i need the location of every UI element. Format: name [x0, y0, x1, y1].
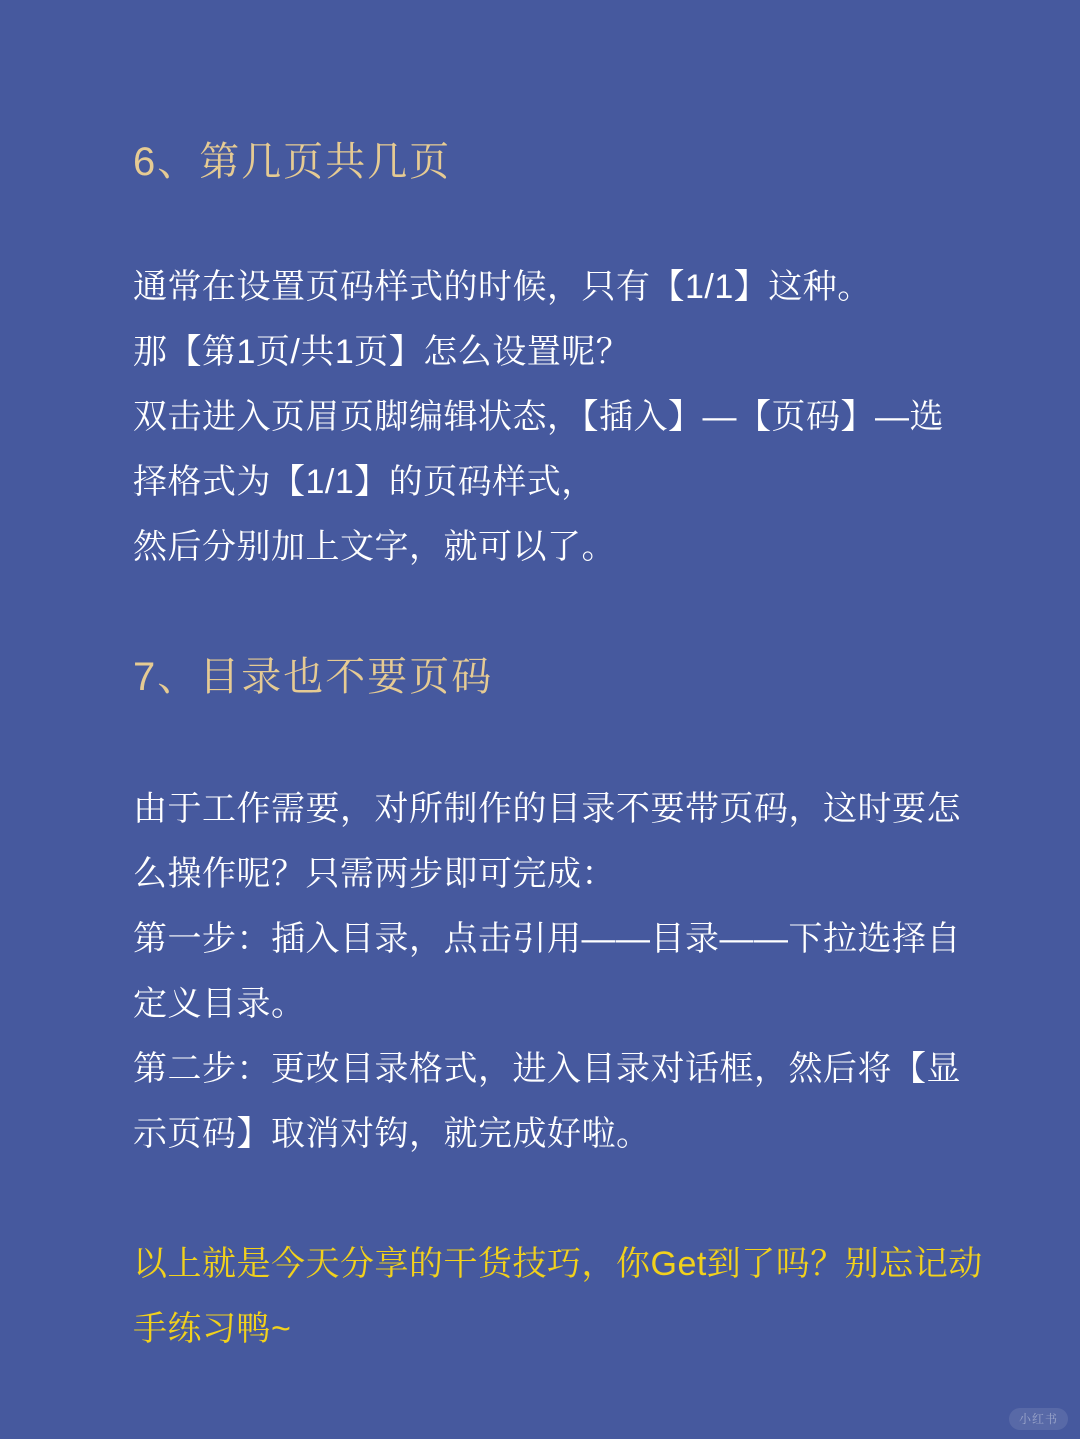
xiaohongshu-watermark: 小红书 — [1009, 1408, 1068, 1430]
text-line: 第一步：插入目录，点击引用——目录——下拉选择自 — [133, 907, 990, 972]
text-line: 手练习鸭~ — [133, 1297, 990, 1362]
section-page-x-of-y: 6、第几页共几页 通常在设置页码样式的时候，只有【1/1】这种。 那【第1页/共… — [133, 130, 990, 580]
section-6-heading: 6、第几页共几页 — [133, 130, 990, 195]
closing-note: 以上就是今天分享的干货技巧，你Get到了吗？别忘记动 手练习鸭~ — [133, 1232, 990, 1362]
content-card: 6、第几页共几页 通常在设置页码样式的时候，只有【1/1】这种。 那【第1页/共… — [0, 0, 1080, 1439]
text-line: 双击进入页眉页脚编辑状态，【插入】—【页码】—选 — [133, 385, 990, 450]
text-line: 第二步：更改目录格式，进入目录对话框，然后将【显 — [133, 1037, 990, 1102]
section-6-paragraph: 通常在设置页码样式的时候，只有【1/1】这种。 那【第1页/共1页】怎么设置呢？… — [133, 255, 990, 580]
section-toc-no-page-number: 7、目录也不要页码 由于工作需要，对所制作的目录不要带页码，这时要怎 么操作呢？… — [133, 645, 990, 1167]
section-7-paragraph: 由于工作需要，对所制作的目录不要带页码，这时要怎 么操作呢？只需两步即可完成： … — [133, 777, 990, 1167]
text-line: 以上就是今天分享的干货技巧，你Get到了吗？别忘记动 — [133, 1232, 990, 1297]
text-line: 示页码】取消对钩，就完成好啦。 — [133, 1102, 990, 1167]
post-card-page: { "page": { "background_color": "#46599e… — [0, 0, 1080, 1439]
section-7-heading: 7、目录也不要页码 — [133, 645, 990, 710]
text-line: 定义目录。 — [133, 972, 990, 1037]
text-line: 然后分别加上文字，就可以了。 — [133, 515, 990, 580]
text-line: 通常在设置页码样式的时候，只有【1/1】这种。 — [133, 255, 990, 320]
text-line: 么操作呢？只需两步即可完成： — [133, 842, 990, 907]
text-line: 由于工作需要，对所制作的目录不要带页码，这时要怎 — [133, 777, 990, 842]
text-line: 择格式为【1/1】的页码样式， — [133, 450, 990, 515]
text-line: 那【第1页/共1页】怎么设置呢？ — [133, 320, 990, 385]
